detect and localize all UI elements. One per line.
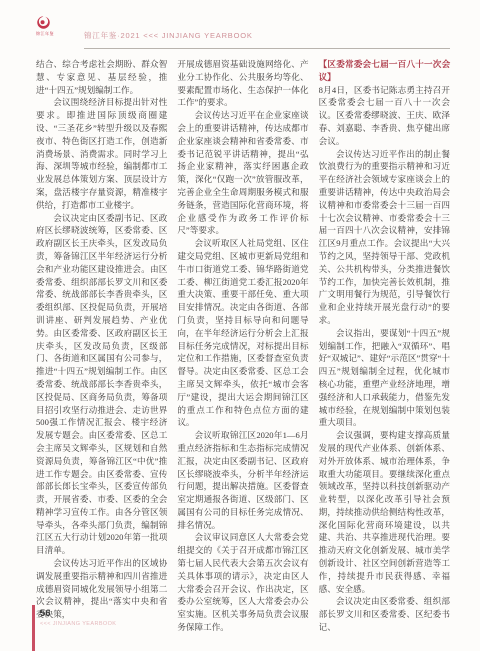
footer-text: 56 <<< JINJIANG YEARBOOK xyxy=(40,605,116,627)
paragraph: 8月4日，区委书记陈志勇主持召开区委常委会七届一百八十一次会议。区委常委缪晓波、… xyxy=(319,84,450,148)
paragraph: 会议听取区人社局党组、区住建交局党组、区城市更新局党组和牛市口街道党工委、锦华路… xyxy=(177,237,308,429)
yearbook-logo-text: 锦江年鉴 xyxy=(36,31,54,37)
page-footer: 56 <<< JINJIANG YEARBOOK xyxy=(32,605,116,651)
header-rule: 锦江年鉴·2021 <<< JINJIANG YEARBOOK xyxy=(84,25,450,49)
paragraph: 结合、综合考虑社会期盼、群众智慧、专家意见、基层经验，推进“十四五”规划编制工作… xyxy=(36,58,167,96)
column-3: 【区委常委会七届一百八十一次会议】 8月4日，区委书记陈志勇主持召开区委常委会七… xyxy=(319,58,450,603)
yearbook-page: 锦江年鉴 锦江年鉴·2021 <<< JINJIANG YEARBOOK 结合、… xyxy=(0,0,480,651)
footer-accent-bar xyxy=(32,605,35,651)
column-1: 结合、综合考虑社会期盼、群众智慧、专家意见、基层经验，推进“十四五”规划编制工作… xyxy=(36,58,167,603)
paragraph: 会议传达习近平作出的制止餐饮浪费行为的重要指示精神和习近平在经济社会领域专家座谈… xyxy=(319,148,450,327)
paragraph: 会议决定由区委副书记、区政府区长缪晓波统筹，区委常委、区政府副区长王庆牵头，区发… xyxy=(36,212,167,558)
paragraph: 会议围绕经济目标提出针对性要求。即推进国际顶级商圈建设、“三圣花乡”转型升级以及… xyxy=(36,96,167,211)
paragraph: 会议审议同意区人大常委会党组提交的《关于召开成都市锦江区第七届人民代表大会第五次… xyxy=(177,531,308,633)
page-header: 锦江年鉴 锦江年鉴·2021 <<< JINJIANG YEARBOOK xyxy=(36,13,450,49)
paragraph: 开展成德眉资基础设施网络化、产业分工协作化、公共服务均等化、要素配置市场化、生态… xyxy=(177,58,308,109)
header-title: 锦江年鉴·2021 <<< JINJIANG YEARBOOK xyxy=(84,31,253,40)
paragraph: 会议听取锦江区2020年1—6月重点经济指标和生态指标完成情况汇报，决定由区委副… xyxy=(177,429,308,531)
text-columns: 结合、综合考虑社会期盼、群众智慧、专家意见、基层经验，推进“十四五”规划编制工作… xyxy=(36,58,450,603)
paragraph: 会议决定由区委常委、组织部部长罗文川和区委常委、区纪委书记、 xyxy=(319,595,450,633)
yearbook-logo-icon xyxy=(36,15,51,30)
paragraph: 会议强调，要构建支撑高质量发展的现代产业体系、创新体系、对外开放体系、城市治理体… xyxy=(319,429,450,595)
paragraph: 会议传达习近平在企业家座谈会上的重要讲话精神，传达成都市企业家座谈会精神和省委常… xyxy=(177,109,308,237)
page-number: 56 xyxy=(40,608,116,619)
entry-heading: 【区委常委会七届一百八十一次会议】 xyxy=(319,58,450,84)
paragraph: 会议指出，要谋划“十四五”规划编制工作，把融入“双循环”、唱好“双城记”、建好“… xyxy=(319,327,450,429)
yearbook-logo: 锦江年鉴 xyxy=(36,15,84,37)
footer-caption: <<< JINJIANG YEARBOOK xyxy=(40,621,116,627)
column-2: 开展成德眉资基础设施网络化、产业分工协作化、公共服务均等化、要素配置市场化、生态… xyxy=(177,58,308,603)
